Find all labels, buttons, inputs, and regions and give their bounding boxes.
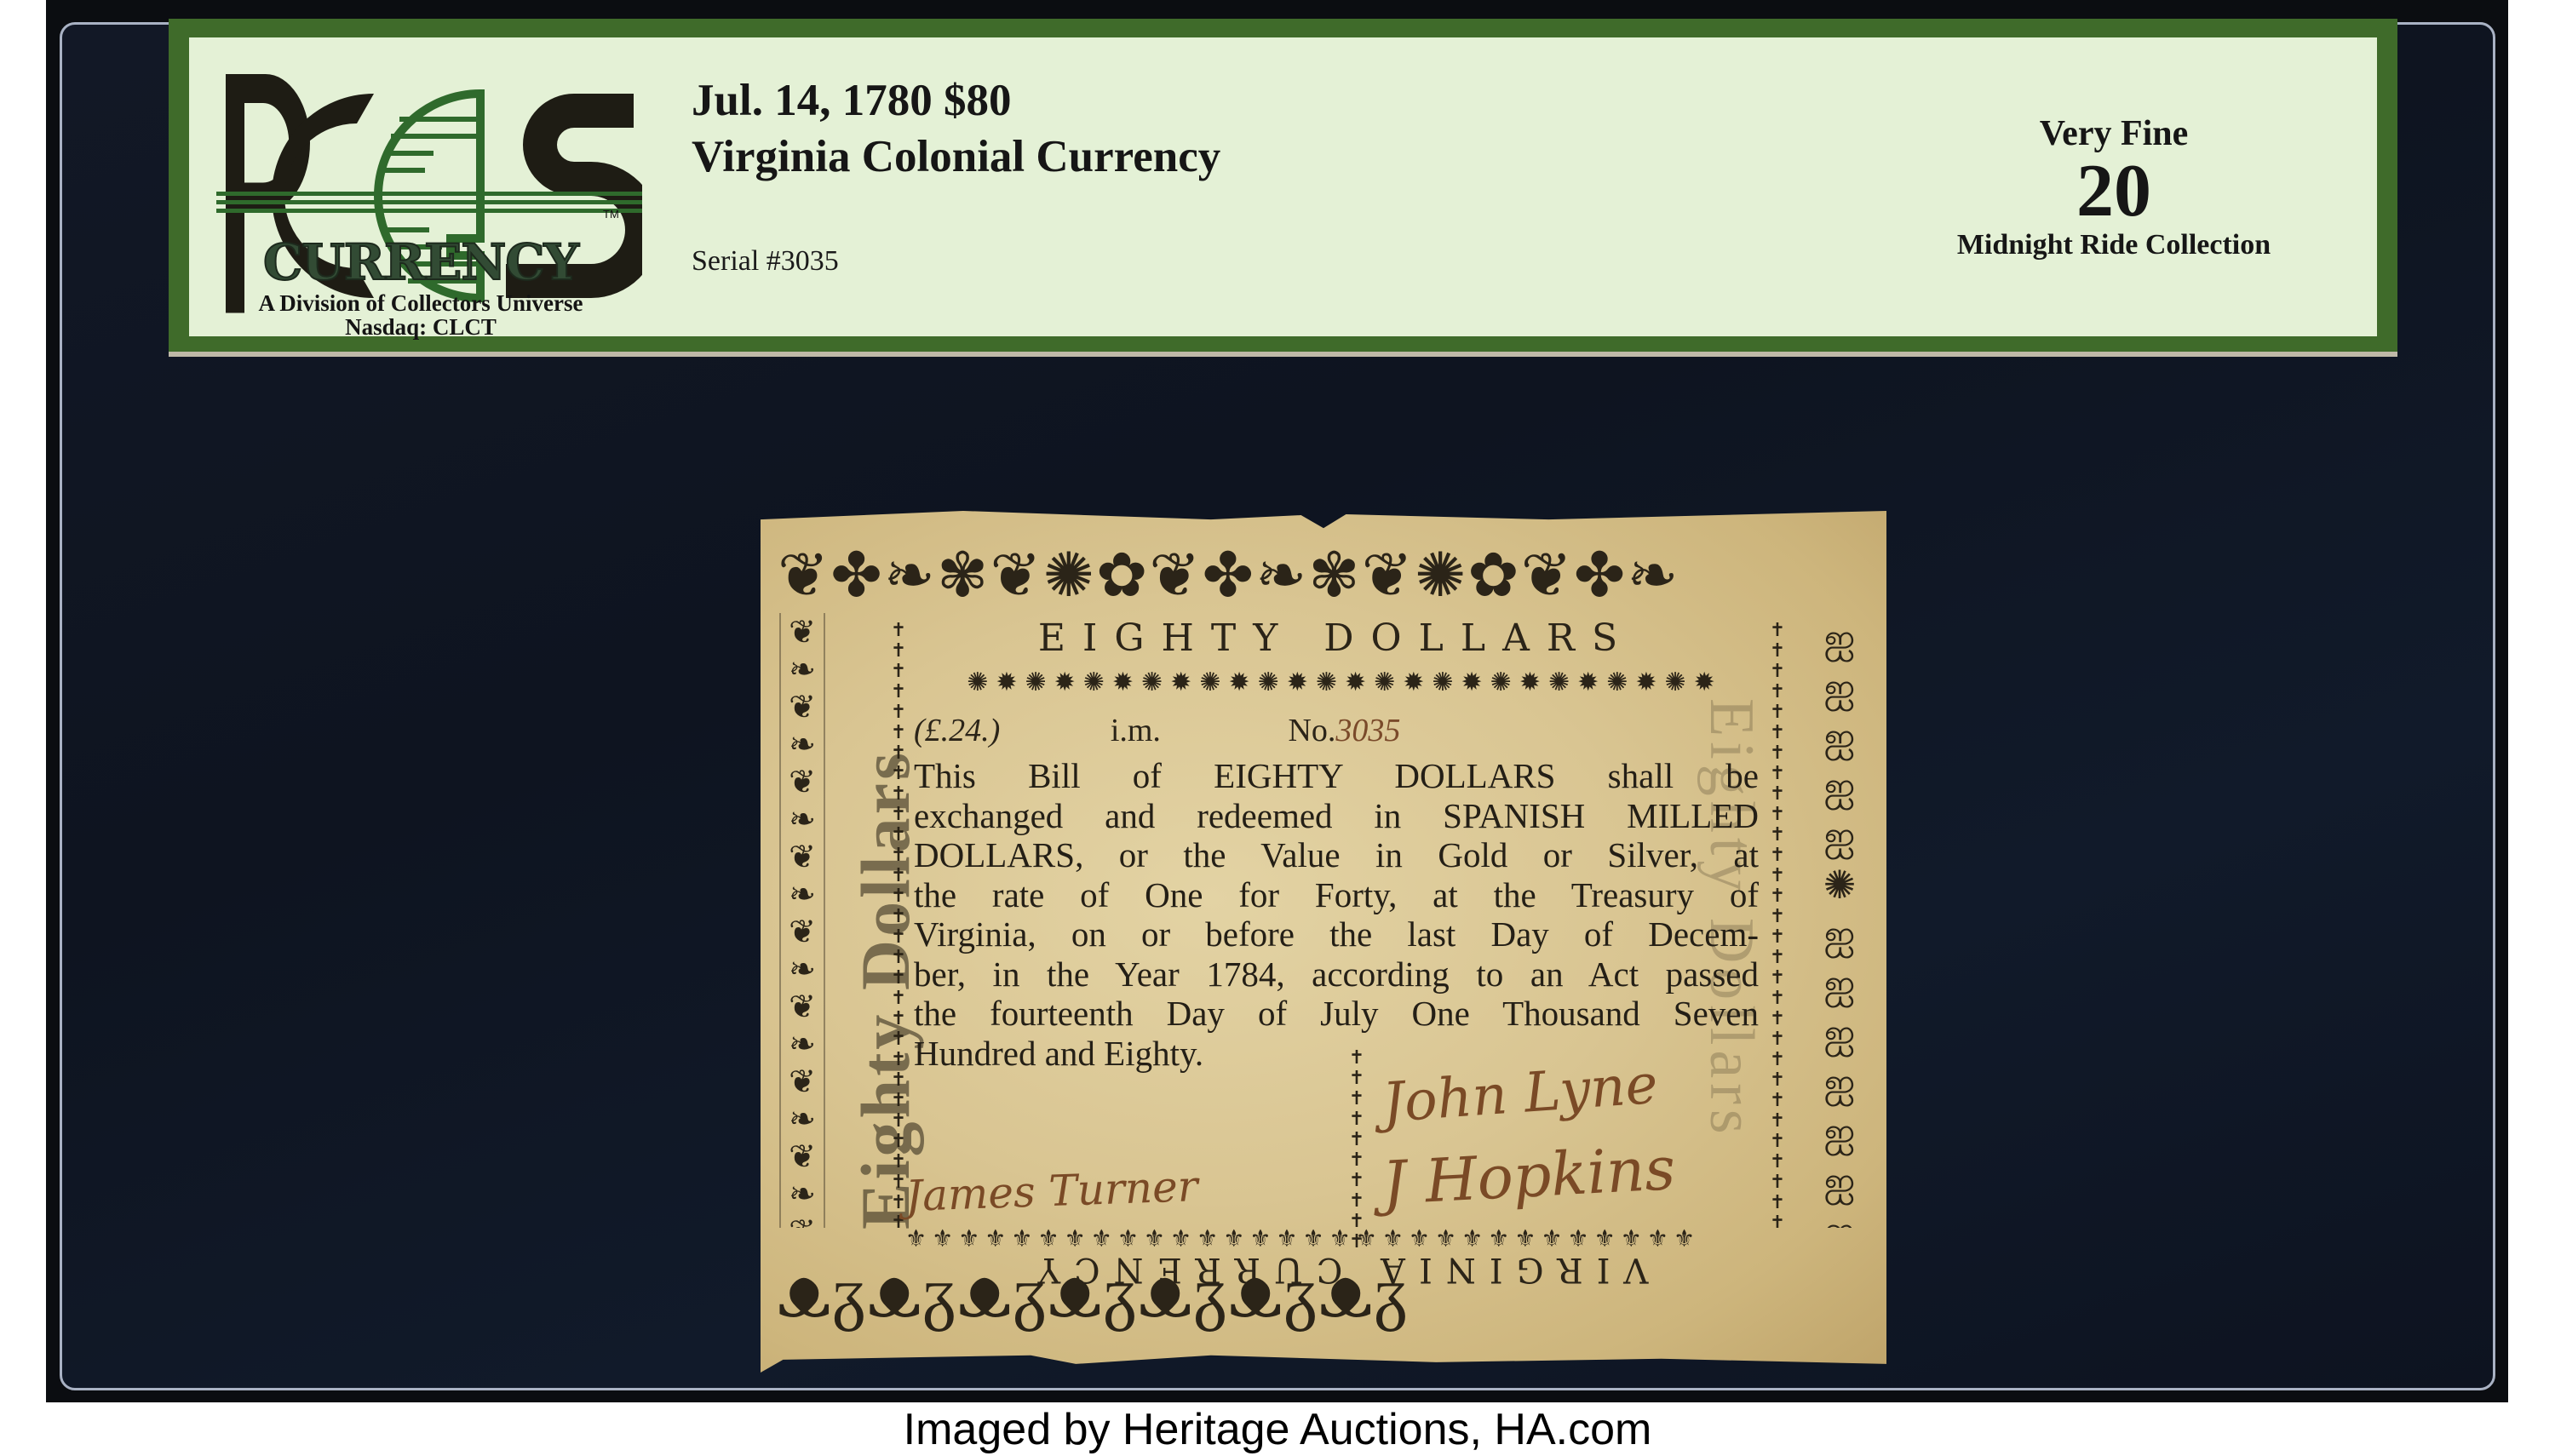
note-text-line: This Bill of EIGHTY DOLLARS shall be xyxy=(914,756,1759,796)
top-ornament-border: ❦✤❧✾❦✺✿❦✤❧✾❦✺✿❦✤❧ xyxy=(778,536,1869,613)
value-code: (£.24.) xyxy=(914,713,1000,748)
note-text-line: ber, in the Year 1784, according to an A… xyxy=(914,954,1759,995)
right-ornament-border: ஐஐஐஐஐ✺ஐஐஐஐஐஐஐஐ xyxy=(1810,613,1869,1228)
note-text-line: DOLLARS, or the Value in Gold or Silver,… xyxy=(914,835,1759,875)
note-date-denomination: Jul. 14, 1780 $80 xyxy=(692,75,1011,126)
note-text-line: exchanged and redeemed in SPANISH MILLED xyxy=(914,796,1759,836)
signature-divider: ✝✝✝✝✝✝✝✝✝✝✝✝✝✝✝✝✝✝✝✝✝✝✝✝✝✝✝✝✝✝ xyxy=(1348,1047,1365,1252)
grade-name: Very Fine xyxy=(1926,112,2301,155)
grade-number: 20 xyxy=(1926,155,2301,228)
note-text-line: the rate of One for Forty, at the Treasu… xyxy=(914,875,1759,915)
number-prefix: No. xyxy=(1288,713,1335,748)
star-ornament-row: ✺✹✺✹✺✹✺✹✺✹✺✹✺✹✺✹✺✹✺✹✺✹✺✹✺✹ xyxy=(931,668,1759,697)
label-panel: TM CURRENCY A Division of Collectors Uni… xyxy=(189,37,2377,336)
logo-currency-text: CURRENCY xyxy=(208,233,634,291)
note-number-line: (£.24.) i.m. No.3035 xyxy=(914,712,1400,749)
image-credit-caption: Imaged by Heritage Auctions, HA.com xyxy=(0,1403,2555,1456)
logo-division-text: A Division of Collectors Universe Nasdaq… xyxy=(208,291,634,339)
note-text-line: the fourteenth Day of July One Thousand … xyxy=(914,994,1759,1034)
collection-name: Midnight Ride Collection xyxy=(1926,228,2301,262)
right-cross-column: ✝✝✝✝✝✝✝✝✝✝✝✝✝✝✝✝✝✝✝✝✝✝✝✝✝✝✝✝✝✝ xyxy=(1769,620,1786,1228)
plate-letters: i.m. xyxy=(1111,713,1161,748)
note-text-line: Hundred and Eighty. xyxy=(914,1034,1294,1074)
label-serial: Serial #3035 xyxy=(692,245,839,278)
division-line: A Division of Collectors Universe xyxy=(208,291,634,315)
note-serial-number: 3035 xyxy=(1335,713,1400,748)
left-ornament-border: ❦❧❦❧❦❧❦❧❦❧❦❧❦❧❦❧❦❧❦❧❦❧❦❧❦❧ xyxy=(779,613,825,1228)
signature-james-turner: James Turner xyxy=(904,1161,1198,1221)
note-text-line: Virginia, on or before the last Day of D… xyxy=(914,914,1759,954)
signature-hopkins: J Hopkins xyxy=(1381,1133,1677,1218)
grading-label: TM CURRENCY A Division of Collectors Uni… xyxy=(169,19,2397,352)
note-heading: EIGHTY DOLLARS xyxy=(914,616,1759,660)
note-issuer: Virginia Colonial Currency xyxy=(692,131,1220,182)
banknote-image: ❦✤❧✾❦✺✿❦✤❧✾❦✺✿❦✤❧ ❦❧❦❧❦❧❦❧❦❧❦❧❦❧❦❧❦❧❦❧❦❧… xyxy=(761,511,1886,1373)
note-text: This Bill of EIGHTY DOLLARS shall be exc… xyxy=(914,756,1759,1073)
bottom-ornament-border: ᴥᵹᴥᵹᴥᵹᴥᵹᴥᵹᴥᵹᴥᵹ xyxy=(778,1245,1869,1338)
grade-block: Very Fine 20 Midnight Ride Collection xyxy=(1926,112,2301,262)
trademark-mark: TM xyxy=(603,208,619,221)
ticker-line: Nasdaq: CLCT xyxy=(208,315,634,339)
